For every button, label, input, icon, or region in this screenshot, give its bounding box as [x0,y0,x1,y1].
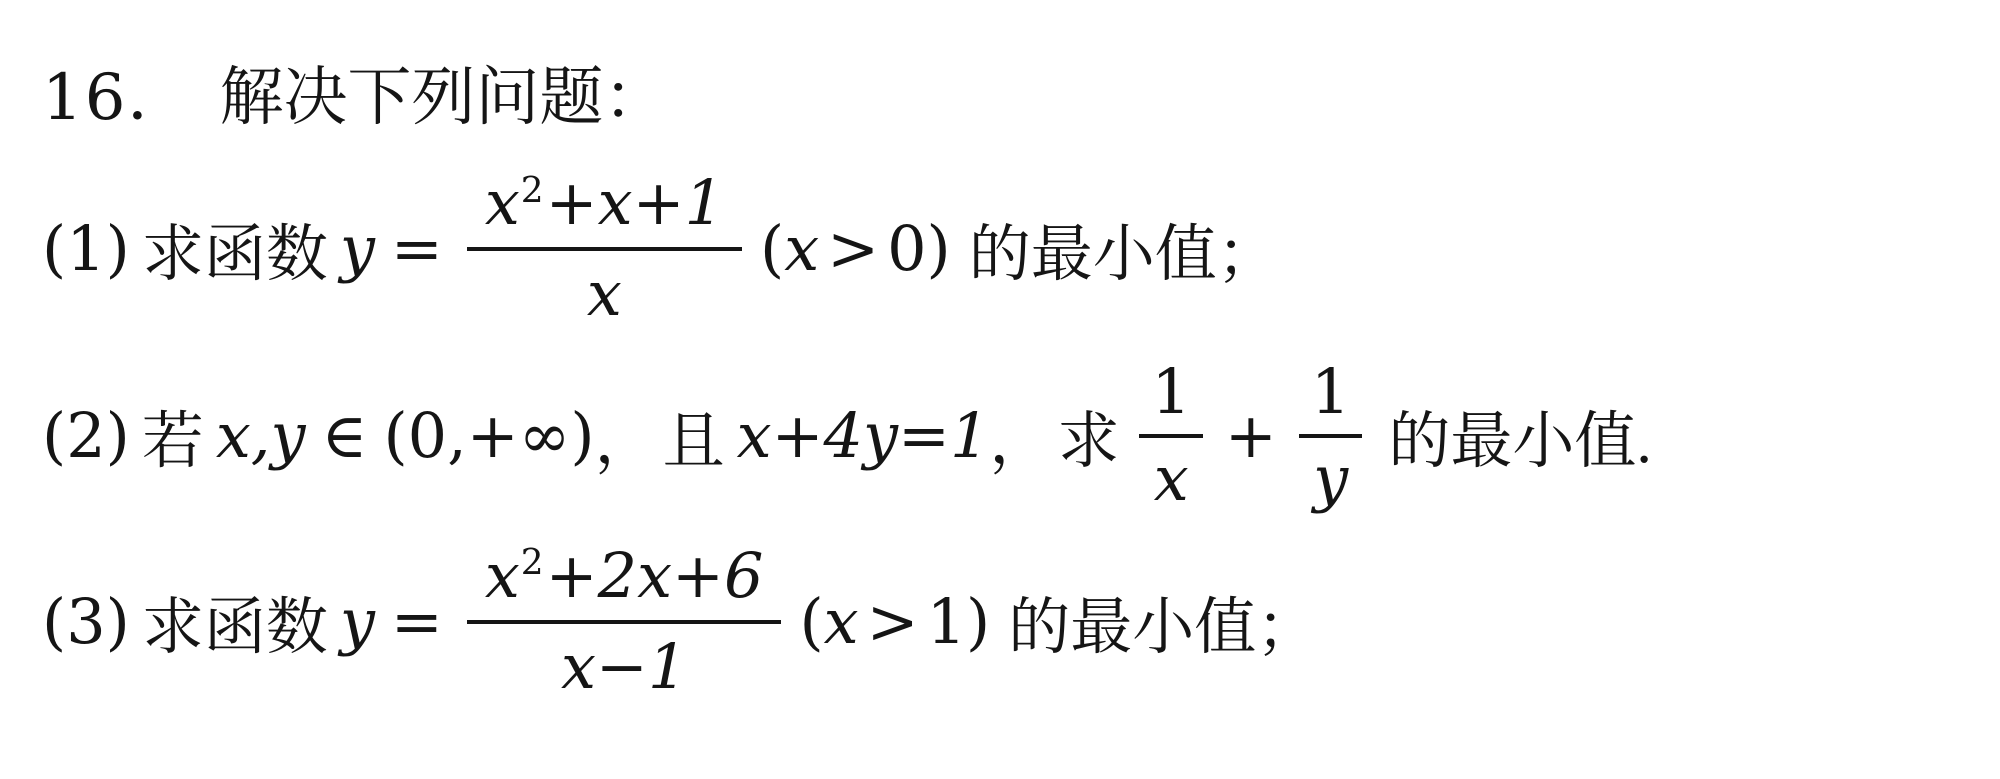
fraction-numerator: x2+x+1 [467,168,742,247]
fraction-one-over-y: 1 y [1299,357,1362,514]
subproblem-3-lhs-variable: y [340,585,375,658]
greater-than-sign: > [827,212,879,285]
element-of-sign: ∈ [322,399,368,472]
plus-sign: + [1225,399,1277,472]
subproblem-2: (2) 若 x,y ∈ (0,+∞) ， 且 x+4y=1 ， 求 1 x + … [42,357,1980,514]
domain-condition: (x>0) [760,212,951,285]
subproblem-3-lead-text: 求函数 [142,577,328,666]
subproblem-3-label: (3) [42,585,130,658]
greater-than-sign: > [867,585,919,658]
subproblem-1-tail-text: 的最小值； [969,204,1279,293]
numerator-exponent: 2 [521,542,544,583]
interval: (0,+∞) [383,399,594,472]
subproblem-3: (3) 求函数 y = x2+2x+6 x−1 (x>1) 的最小值； [42,541,1980,702]
problem-heading: 16． 解决下列问题： [42,46,1980,138]
problem-number: 16． [42,46,193,138]
condition-bound: 1) [927,585,991,658]
subproblem-1-lhs-variable: y [340,212,375,285]
subproblem-2-lead-text: 若 [142,391,204,480]
subproblem-1: (1) 求函数 y = x2+x+1 x (x>0) 的最小值； [42,168,1980,329]
condition-variable: x [784,212,819,285]
numerator-exponent: 2 [521,170,544,211]
subproblem-1-label: (1) [42,212,130,285]
seek-text: 求 [1057,391,1119,480]
condition-bound: 0) [887,212,951,285]
subproblem-2-label: (2) [42,399,130,472]
subproblem-2-tail-text: 的最小值. [1388,391,1652,480]
open-paren: ( [799,585,823,658]
condition-variable: x [824,585,859,658]
and-text: 且 [663,391,725,480]
problem-heading-text: 解决下列问题： [219,46,667,138]
fraction-one-over-x: 1 x [1139,357,1202,514]
subproblem-1-lead-text: 求函数 [142,204,328,293]
subproblem-3-tail-text: 的最小值； [1008,577,1318,666]
variables: x,y [216,399,306,472]
comma: ， [595,391,657,480]
fraction-denominator: x−1 [561,624,687,701]
equals-sign: = [391,585,443,658]
domain-condition: (x>1) [799,585,990,658]
fraction: x2+2x+6 x−1 [467,541,782,702]
if-text: 若 [142,408,204,476]
numerator-base: x [485,539,520,612]
fraction-numerator: 1 [1139,357,1202,434]
numerator-base: x [485,166,520,239]
constraint-equation: x+4y=1 [737,399,990,472]
equals-sign: = [391,212,443,285]
numerator-rest: +2x+6 [546,539,764,612]
fraction-numerator: x2+2x+6 [467,541,782,620]
fraction-numerator: 1 [1299,357,1362,434]
comma: ， [989,391,1051,480]
open-paren: ( [760,212,784,285]
fraction-denominator: y [1313,438,1348,513]
fraction-denominator: x [587,251,622,328]
fraction-denominator: x [1154,438,1189,513]
math-worksheet-page: 16． 解决下列问题： (1) 求函数 y = x2+x+1 x (x>0) 的… [0,0,2000,779]
numerator-rest: +x+1 [546,166,724,239]
fraction: x2+x+1 x [467,168,742,329]
